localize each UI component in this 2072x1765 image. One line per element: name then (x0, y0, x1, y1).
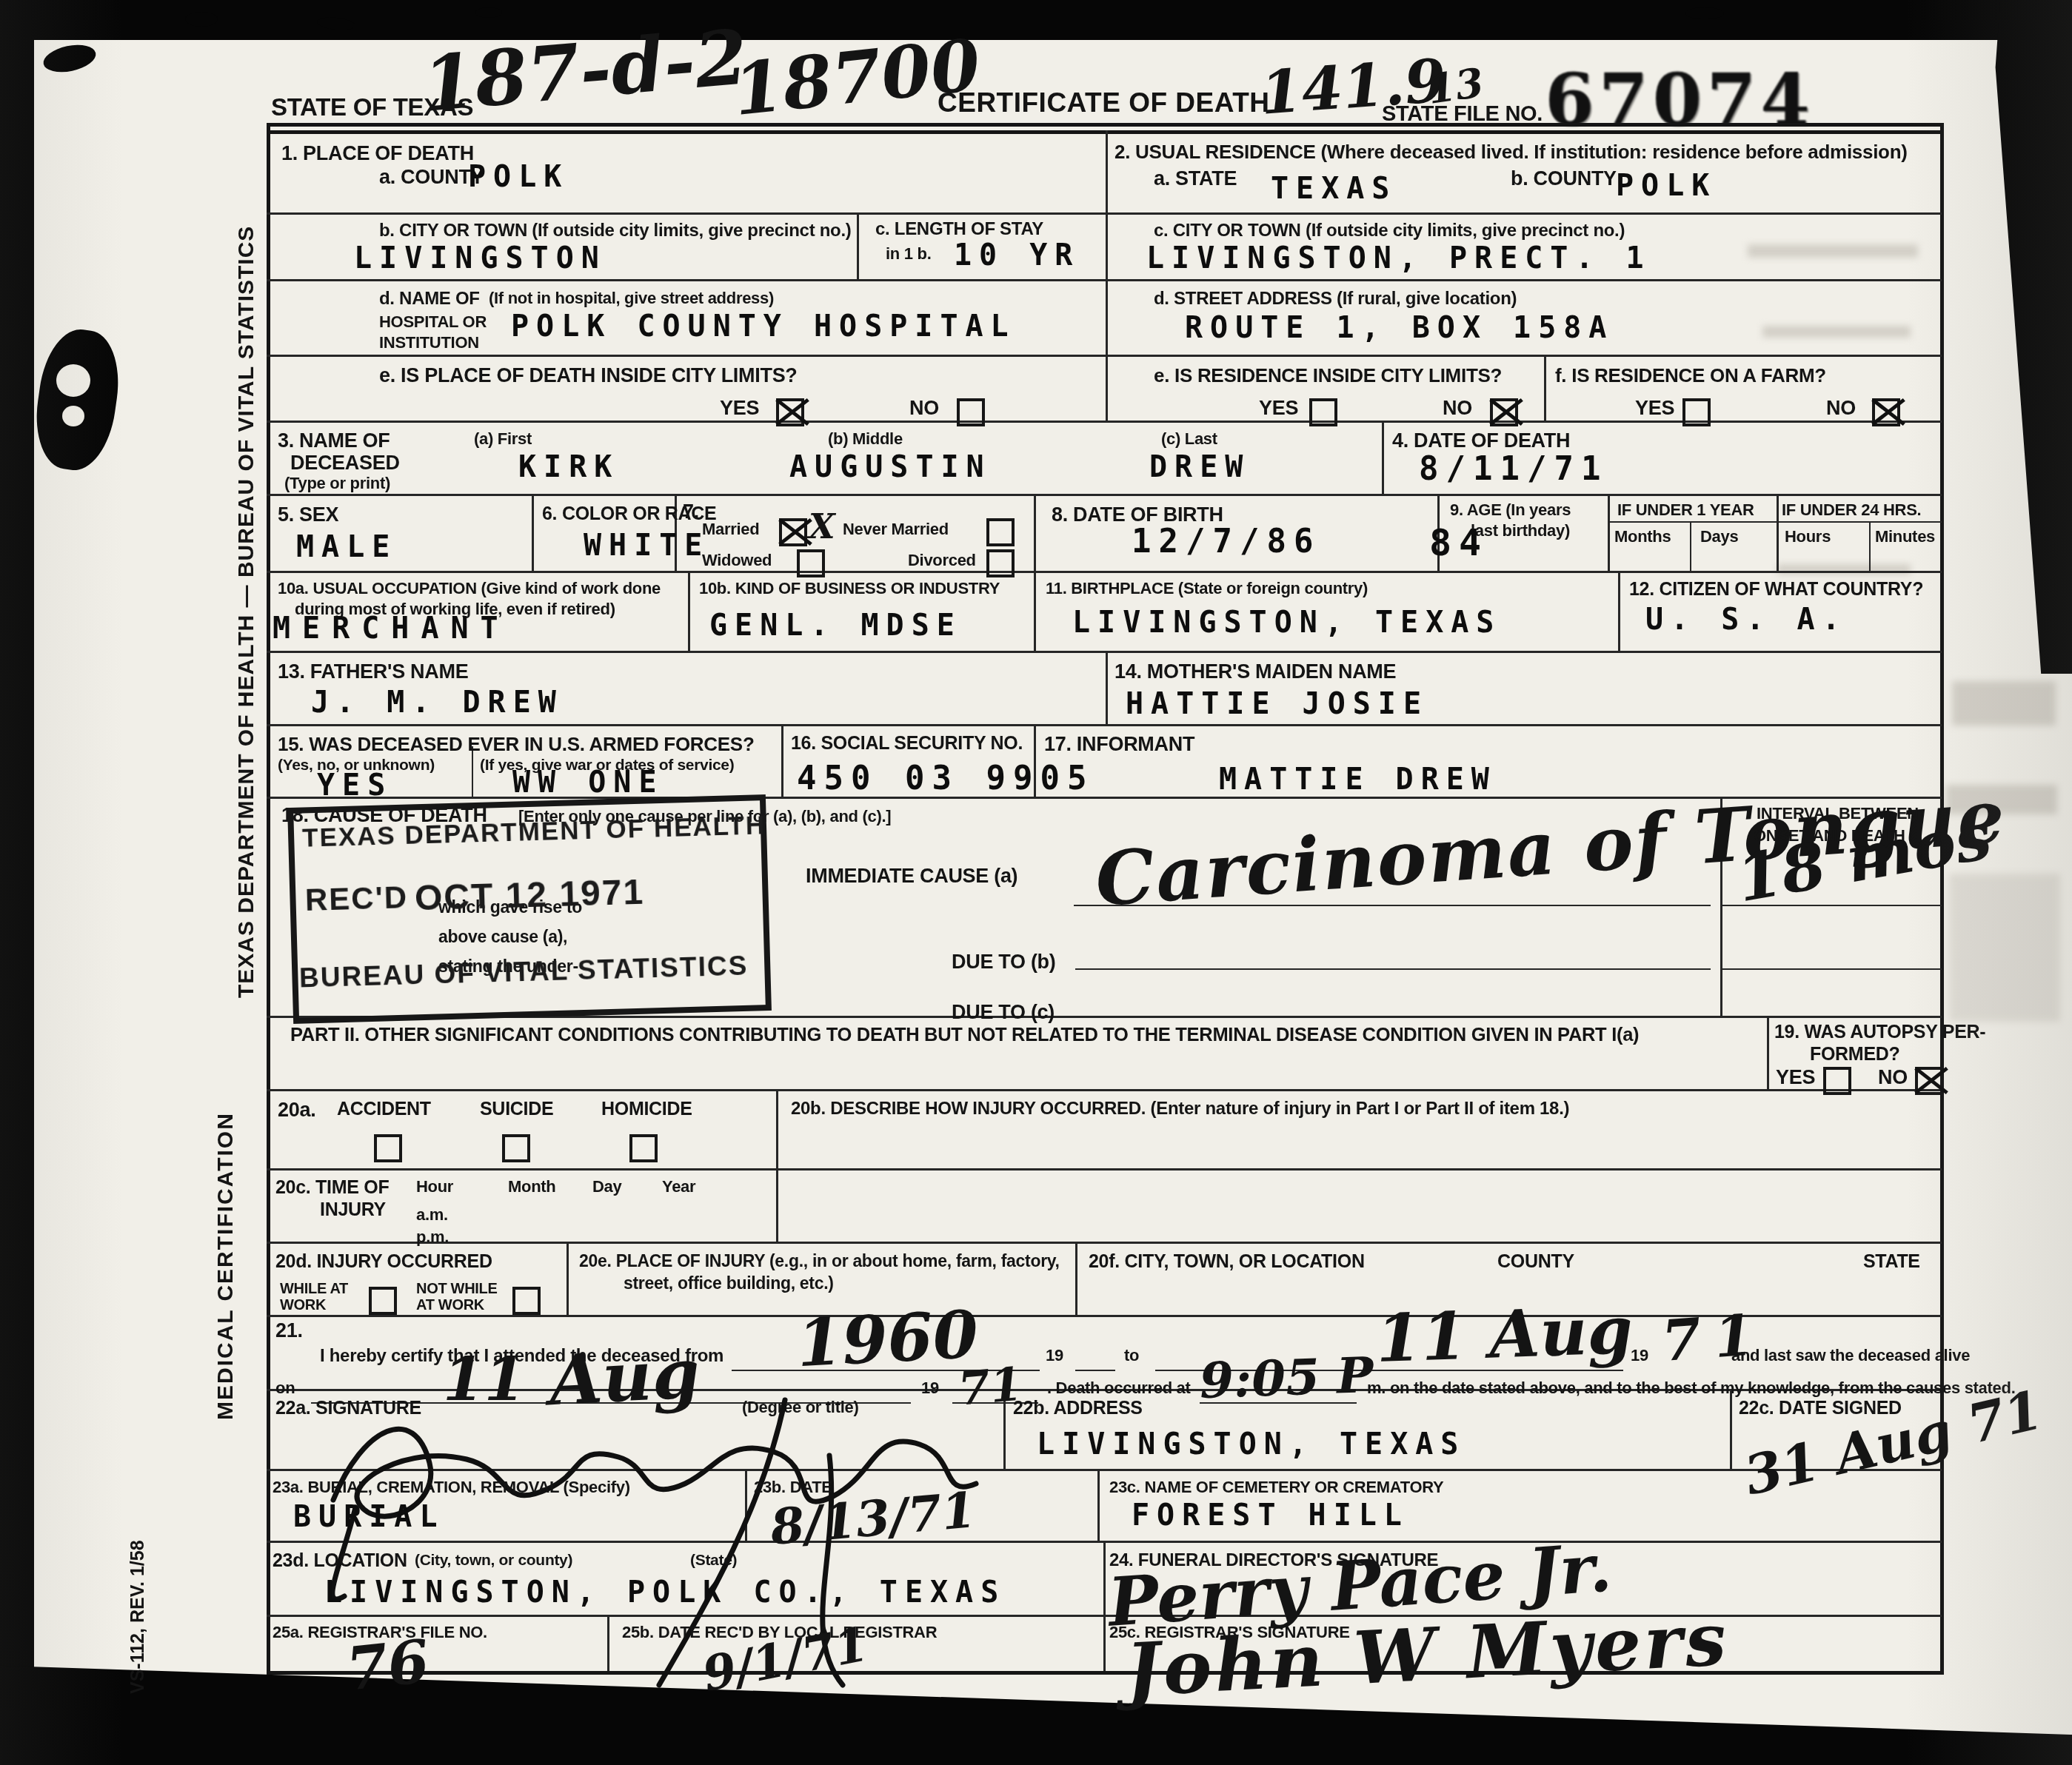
address-value: LIVINGSTON, TEXAS (1037, 1427, 1466, 1461)
accident-checkbox (374, 1134, 402, 1162)
death-city-limits-no-checkbox (957, 398, 985, 426)
time-of-injury-label-2: INJURY (320, 1199, 386, 1221)
on-label: on (275, 1379, 295, 1398)
residence-city-label: c. CITY OR TOWN (If outside city limits,… (1154, 221, 1625, 241)
residence-farm-no-label: NO (1826, 397, 1856, 420)
hour-label: Hour (416, 1177, 453, 1196)
hospital-label-3: INSTITUTION (379, 333, 479, 352)
bleed-through-smudge (1748, 244, 1918, 258)
grid-line (1034, 571, 1036, 651)
name-of-deceased-label-1: 3. NAME OF (278, 429, 390, 452)
grid-line (1034, 494, 1036, 571)
grid-line (781, 724, 783, 797)
certify-tail-text: m. on the date stated above, and to the … (1367, 1379, 2015, 1398)
residence-farm-yes-checkbox (1682, 398, 1711, 426)
while-at-work-label-1: WHILE AT (280, 1281, 348, 1298)
injury-state-label: STATE (1863, 1251, 1920, 1273)
date-of-death-label: 4. DATE OF DEATH (1392, 429, 1570, 452)
birthplace-label: 11. BIRTHPLACE (State or foreign country… (1046, 579, 1368, 598)
grid-line (267, 1089, 1942, 1091)
occupation-value: MERCHANT (273, 612, 510, 646)
injury-county-label: COUNTY (1497, 1251, 1574, 1273)
grid-line (267, 1168, 1942, 1170)
registrar-file-no-value: 76 (343, 1626, 432, 1704)
usual-residence-title: 2. USUAL RESIDENCE (Where deceased lived… (1114, 141, 1908, 164)
month-label: Month (508, 1177, 555, 1196)
grid-line (1608, 521, 1942, 523)
sex-value: MALE (296, 530, 397, 564)
grid-line (267, 651, 1942, 653)
homicide-label: HOMICIDE (601, 1099, 692, 1120)
residence-city-limits-no-label: NO (1443, 397, 1472, 420)
film-edge-top (0, 0, 2072, 40)
attended-to-year: 71 (1660, 1301, 1769, 1374)
if-under-24-hrs-label: IF UNDER 24 HRS. (1782, 500, 1921, 520)
homicide-checkbox (629, 1134, 658, 1162)
certificate-title: CERTIFICATE OF DEATH (938, 87, 1270, 118)
time-of-death-value: 9:05 P (1199, 1346, 1374, 1410)
length-of-stay-value: 10 YR (954, 238, 1080, 272)
film-hole (56, 364, 90, 397)
due-to-b-label: DUE TO (b) (952, 951, 1056, 974)
film-speck (185, 12, 218, 27)
death-city-limits-yes-label: YES (720, 397, 759, 420)
business-industry-label: 10b. KIND OF BUSINESS OR INDUSTRY (699, 579, 1000, 598)
last-name-label: (c) Last (1161, 429, 1217, 449)
if-under-1-year-label: IF UNDER 1 YEAR (1617, 500, 1754, 520)
first-name-value: KIRK (518, 450, 619, 484)
fathers-name-value: J. M. DREW (311, 686, 564, 720)
age-label-1: 9. AGE (In years (1450, 500, 1571, 520)
grid-line (1869, 521, 1871, 571)
bleed-through-smudge (1762, 326, 1911, 338)
address-label: 22b. ADDRESS (1013, 1398, 1143, 1419)
film-speck (41, 41, 98, 76)
grid-line (267, 571, 1942, 573)
social-security-label: 16. SOCIAL SECURITY NO. (791, 733, 1023, 754)
grid-line (267, 130, 1942, 134)
to-label: to (1124, 1346, 1139, 1365)
occupation-label-1: 10a. USUAL OCCUPATION (Give kind of work… (278, 579, 661, 598)
place-of-injury-label-2: street, office building, etc.) (624, 1273, 834, 1293)
film-hole (62, 406, 84, 426)
burial-location-sub-2: (State) (690, 1552, 737, 1570)
months-label: Months (1614, 527, 1671, 546)
citizen-label: 12. CITIZEN OF WHAT COUNTRY? (1629, 579, 1923, 600)
grid-line (688, 571, 690, 651)
never-married-label: Never Married (843, 520, 949, 539)
married-handwritten-x: X (809, 506, 835, 546)
attended-from-value: 1960 (795, 1296, 980, 1382)
grid-line (1382, 421, 1384, 494)
armed-forces-label: 15. WAS DECEASED EVER IN U.S. ARMED FORC… (278, 733, 754, 756)
while-at-work-checkbox (369, 1287, 397, 1315)
writing-line (1075, 1370, 1115, 1371)
burial-value: BURIAL (293, 1500, 445, 1534)
street-address-label: d. STREET ADDRESS (If rural, give locati… (1154, 289, 1517, 309)
grid-line (1097, 1469, 1100, 1541)
street-address-value: ROUTE 1, BOX 158A (1185, 311, 1614, 345)
residence-county-label: b. COUNTY (1511, 167, 1617, 190)
burial-location-value: LIVINGSTON, POLK CO., TEXAS (324, 1575, 1006, 1610)
cemetery-value: FOREST HILL (1132, 1498, 1409, 1533)
grid-line (267, 1242, 1942, 1244)
grid-line (267, 724, 1942, 726)
marital-status-label: 7. (683, 500, 699, 523)
married-label: Married (702, 520, 759, 539)
cemetery-label: 23c. NAME OF CEMETERY OR CREMATORY (1109, 1478, 1443, 1497)
county-value: POLK (468, 160, 569, 194)
mothers-maiden-name-value: HATTIE JOSIE (1126, 687, 1428, 721)
last-name-value: DREW (1149, 450, 1250, 484)
autopsy-no-checkbox (1915, 1067, 1943, 1095)
city-town-label: b. CITY OR TOWN (If outside city limits,… (379, 221, 851, 241)
name-of-deceased-label-2: DECEASED (290, 452, 400, 475)
grid-line (1767, 1016, 1769, 1089)
injury-city-label: 20f. CITY, TOWN, OR LOCATION (1089, 1251, 1365, 1273)
divorced-checkbox (986, 549, 1015, 577)
city-town-value: LIVINGSTON (354, 241, 606, 275)
state-file-number: 67074 (1545, 58, 1814, 141)
grid-line (1618, 571, 1620, 651)
film-speck (1685, 7, 1724, 19)
widowed-label: Widowed (702, 551, 772, 570)
residence-city-value: LIVINGSTON, PRECT. 1 (1146, 241, 1651, 275)
date-of-birth-value: 12/7/86 (1132, 523, 1320, 560)
days-label: Days (1700, 527, 1738, 546)
grid-line (1075, 1242, 1077, 1315)
not-while-at-work-label-2: AT WORK (416, 1297, 484, 1314)
residence-farm-label: f. IS RESIDENCE ON A FARM? (1555, 364, 1826, 387)
informant-value: MATTIE DREW (1219, 763, 1497, 797)
mothers-maiden-name-label: 14. MOTHER'S MAIDEN NAME (1114, 660, 1396, 683)
social-security-value: 450 03 9905 (797, 760, 1094, 797)
residence-city-limits-yes-label: YES (1259, 397, 1298, 420)
day-label: Day (592, 1177, 621, 1196)
film-speck (475, 7, 502, 18)
burial-cremation-label: 23a. BURIAL, CREMATION, REMOVAL (Specify… (273, 1478, 630, 1497)
residence-city-limits-yes-checkbox (1309, 398, 1337, 426)
margin-department-label: TEXAS DEPARTMENT OF HEALTH — BUREAU OF V… (234, 332, 259, 998)
grid-line (267, 279, 1942, 281)
burial-location-sub-1: (City, town, or county) (415, 1552, 572, 1570)
film-edge-left (0, 40, 34, 1765)
grid-line (1730, 1389, 1732, 1469)
hospital-label-paren: (If not in hospital, give street address… (489, 289, 774, 308)
item-20a-label: 20a. (278, 1099, 315, 1122)
age-value: 84 (1429, 521, 1488, 564)
part-ii-text: PART II. OTHER SIGNIFICANT CONDITIONS CO… (290, 1025, 1639, 1046)
place-of-death-title: 1. PLACE OF DEATH (281, 142, 474, 165)
grid-line (1103, 1541, 1106, 1615)
place-of-injury-label-1: 20e. PLACE OF INJURY (e.g., in or about … (579, 1251, 1060, 1271)
printed-19-a: 19 (1046, 1346, 1063, 1365)
film-edge-right (1991, 0, 2072, 674)
armed-forces-value: YES (317, 768, 392, 803)
grid-line (1103, 1615, 1106, 1671)
never-married-checkbox (986, 518, 1015, 546)
birthplace-value: LIVINGSTON, TEXAS (1072, 606, 1501, 640)
stamp-recd-label: REC'D (304, 880, 408, 918)
grid-line (1777, 494, 1779, 571)
length-of-stay-sub: in 1 b. (886, 244, 931, 264)
not-while-at-work-checkbox (512, 1287, 541, 1315)
first-name-label: (a) First (474, 429, 532, 449)
margin-form-code: VS-112, REV. 1/58 (127, 1516, 149, 1694)
residence-county-value: POLK (1616, 169, 1717, 203)
bleed-through-smudge (1952, 681, 2056, 726)
death-occurred-label: . Death occurred at (1047, 1379, 1191, 1398)
death-certificate-scan: TEXAS DEPARTMENT OF HEALTH — BUREAU OF V… (0, 0, 2072, 1765)
autopsy-label-1: 19. WAS AUTOPSY PER- (1774, 1022, 1985, 1043)
residence-city-limits-label: e. IS RESIDENCE INSIDE CITY LIMITS? (1154, 364, 1502, 387)
name-of-deceased-label-3: (Type or print) (284, 474, 390, 493)
autopsy-yes-label: YES (1776, 1066, 1815, 1089)
grid-line (267, 212, 1942, 215)
autopsy-no-label: NO (1878, 1066, 1908, 1089)
film-speck (9, 83, 22, 130)
grid-line (1608, 494, 1610, 571)
item-20b-label: 20b. DESCRIBE HOW INJURY OCCURRED. (Ente… (791, 1099, 1569, 1119)
time-of-injury-label-1: 20c. TIME OF (275, 1177, 389, 1199)
suicide-label: SUICIDE (480, 1099, 553, 1120)
hospital-label-1: d. NAME OF (379, 289, 480, 309)
attended-to-value: 11 Aug (1374, 1291, 1634, 1377)
married-checkbox (779, 518, 807, 546)
residence-farm-yes-label: YES (1635, 397, 1674, 420)
grid-line (567, 1242, 569, 1315)
minutes-label: Minutes (1875, 527, 1935, 546)
hospital-value: POLK COUNTY HOSPITAL (511, 309, 1016, 344)
item-21-number: 21. (275, 1319, 303, 1342)
date-of-death-value: 8/11/71 (1419, 450, 1608, 488)
informant-label: 17. INFORMANT (1044, 733, 1194, 756)
while-at-work-label-2: WORK (280, 1297, 326, 1314)
death-city-limits-label: e. IS PLACE OF DEATH INSIDE CITY LIMITS? (379, 364, 798, 387)
grid-line (1106, 651, 1108, 724)
year-label: Year (662, 1177, 695, 1196)
injury-occurred-label: 20d. INJURY OCCURRED (275, 1251, 492, 1273)
widowed-checkbox (797, 549, 825, 577)
grid-line (776, 1089, 778, 1242)
autopsy-label-2: FORMED? (1810, 1044, 1900, 1065)
due-to-c-label: DUE TO (c) (952, 1001, 1055, 1024)
immediate-cause-label: IMMEDIATE CAUSE (a) (806, 865, 1017, 888)
middle-name-label: (b) Middle (828, 429, 903, 449)
grid-line (267, 494, 1942, 496)
am-label: a.m. (416, 1205, 448, 1225)
film-blot (29, 325, 125, 475)
sex-label: 5. SEX (278, 503, 338, 526)
divorced-label: Divorced (908, 551, 976, 570)
pm-label: p.m. (416, 1228, 449, 1247)
war-service-value: WW ONE (512, 766, 664, 800)
middle-name-value: AUGUSTIN (789, 450, 992, 484)
fathers-name-label: 13. FATHER'S NAME (278, 660, 468, 683)
residence-state-label: a. STATE (1154, 167, 1237, 190)
grid-line (267, 123, 1942, 127)
death-city-limits-yes-checkbox (776, 398, 804, 426)
grid-line (857, 212, 859, 279)
residence-state-value: TEXAS (1271, 172, 1397, 206)
grid-line (267, 355, 1942, 357)
residence-city-limits-no-checkbox (1490, 398, 1518, 426)
grid-line (1690, 521, 1691, 571)
length-of-stay-label: c. LENGTH OF STAY (875, 219, 1043, 240)
hours-label: Hours (1785, 527, 1831, 546)
grid-line (1720, 968, 1942, 970)
not-while-at-work-label-1: NOT WHILE (416, 1281, 498, 1298)
bleed-through-smudge (1949, 874, 2060, 1022)
accident-label: ACCIDENT (337, 1099, 431, 1120)
business-industry-value: GENL. MDSE (709, 609, 962, 643)
stamp-date: OCT 12 1971 (414, 872, 645, 920)
grid-line (1544, 355, 1546, 421)
death-city-limits-no-label: NO (909, 397, 939, 420)
color-race-value: WHITE (584, 529, 709, 563)
burial-location-label: 23d. LOCATION (273, 1550, 407, 1572)
grid-line (1106, 130, 1108, 421)
residence-farm-no-checkbox (1872, 398, 1900, 426)
citizen-value: U. S. A. (1645, 603, 1848, 637)
autopsy-yes-checkbox (1823, 1067, 1851, 1095)
suicide-checkbox (502, 1134, 530, 1162)
grid-line (532, 494, 534, 571)
writing-line (1075, 968, 1711, 970)
hospital-label-2: HOSPITAL OR (379, 312, 487, 332)
margin-medical-certification-label: MEDICAL CERTIFICATION (213, 1005, 238, 1420)
